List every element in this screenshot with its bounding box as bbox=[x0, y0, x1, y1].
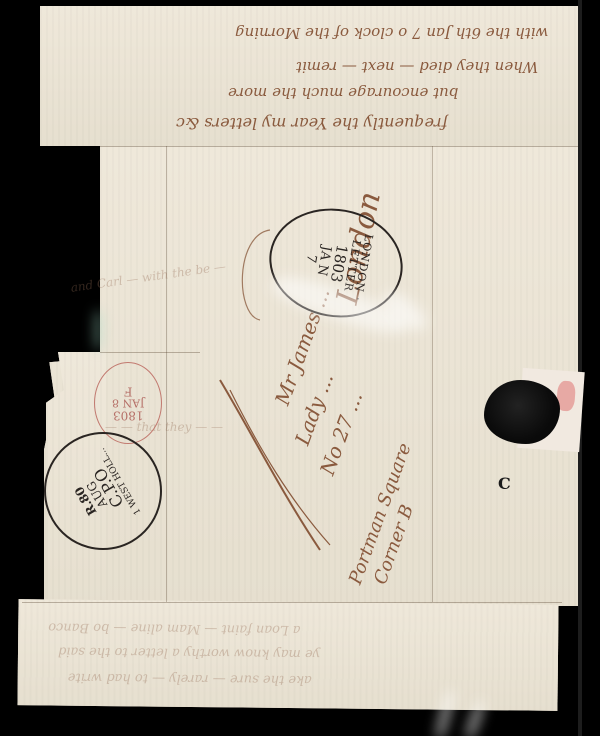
plastic-sleeve-edge bbox=[578, 0, 582, 736]
postmark-text: F bbox=[124, 385, 132, 398]
handwriting-line: with the 6th Jan 7 o clock of the Mornin… bbox=[235, 24, 548, 42]
postmark-text: JAN 8 bbox=[112, 397, 144, 409]
handwriting-line: frequently the Year my letters &c bbox=[176, 114, 448, 133]
postmark-day: 7 bbox=[303, 253, 318, 264]
show-through-text: ye may know worthy a letter to the said bbox=[58, 644, 320, 662]
fold-line bbox=[100, 146, 578, 147]
show-through-text: ake the sure — rarely — to had write bbox=[68, 670, 312, 688]
show-through-text: a Loan faint — Mam aline — bo Banco bbox=[48, 619, 300, 637]
ink-flourish bbox=[210, 360, 340, 560]
ink-mark: C bbox=[498, 474, 511, 493]
postmark-text: 1803 bbox=[113, 409, 144, 422]
fold-line bbox=[166, 146, 167, 602]
sleeve-glare bbox=[95, 310, 101, 350]
letter-bottom-panel: a Loan faint — Mam aline — bo Banco ye m… bbox=[17, 599, 558, 711]
wax-seal bbox=[484, 380, 560, 444]
letter-top-panel: with the 6th Jan 7 o clock of the Mornin… bbox=[40, 6, 578, 146]
handwriting-line: When they died — next — remit bbox=[296, 58, 538, 76]
fold-line bbox=[22, 602, 562, 603]
handwriting-line: but encourage much the more bbox=[228, 84, 458, 102]
fold-line bbox=[432, 146, 433, 602]
fold-line bbox=[100, 352, 200, 353]
